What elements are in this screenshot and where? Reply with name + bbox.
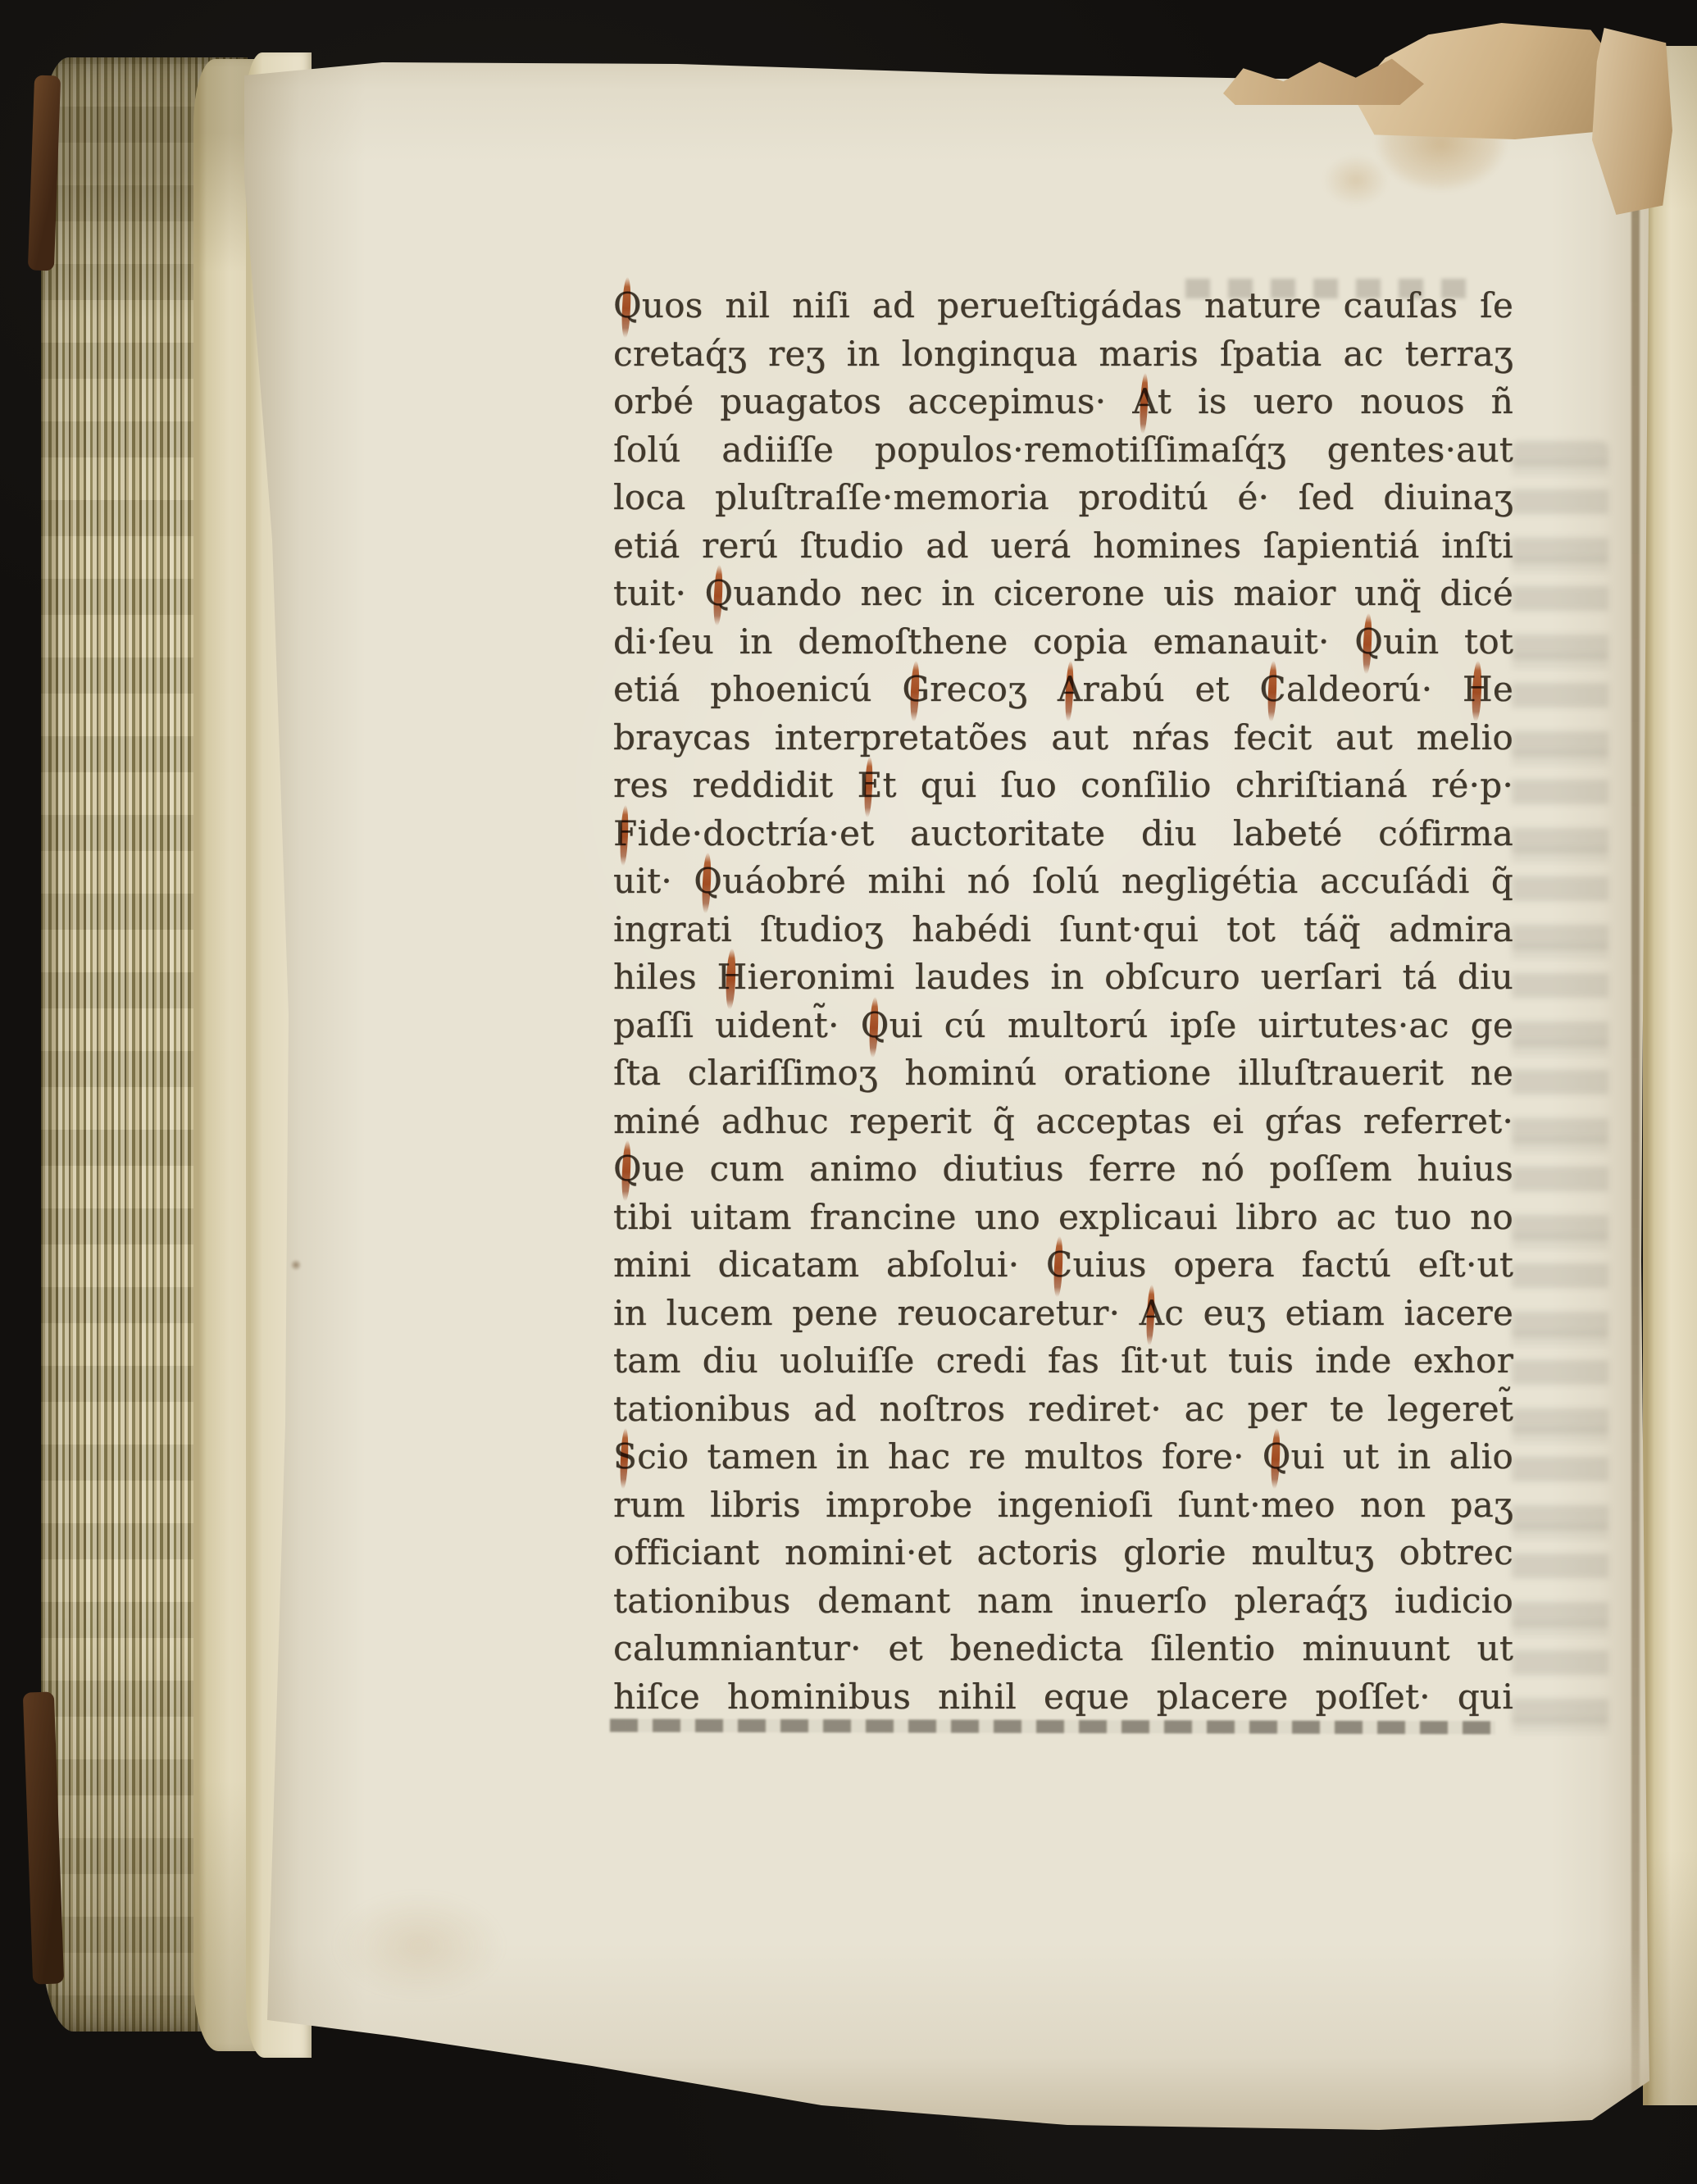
text-line: tibi uitam francine uno explicaui libro … (613, 1194, 1513, 1242)
rubricated-initial: A (1140, 1290, 1165, 1338)
text-line: uit· Quáobré mihi nó ſolú negligétia acc… (613, 858, 1513, 906)
torn-paper-strip (1223, 52, 1424, 105)
rubricated-initial: Q (704, 570, 733, 618)
stain-top-right-small (1323, 154, 1389, 207)
text-line: etiá rerú ſtudio ad uerá homines ſapient… (613, 522, 1513, 571)
rubricated-initial: C (1259, 666, 1285, 714)
book-photograph: Quos nil niſi ad perueſtigádas nature ca… (0, 0, 1697, 2184)
text-line: braycas interpretatões aut nŕas fecit au… (613, 714, 1513, 762)
rubricated-initial: Q (613, 1145, 642, 1194)
text-line: Scio tamen in hac re multos fore· Qui ut… (613, 1433, 1513, 1481)
text-line: ingrati ſtudioʒ habédi ſunt·qui tot táq̈… (613, 906, 1513, 954)
text-line: etiá phoenicú Grecoʒ Arabú et Caldeorú· … (613, 666, 1513, 714)
text-line: cretaq́ʒ reʒ in longinqua maris ſpatia a… (613, 330, 1513, 379)
adjacent-page-right-edge (1643, 46, 1697, 2105)
rubricated-initial: Q (694, 858, 722, 906)
text-line: in lucem pene reuocaretur· Ac euʒ etiam … (613, 1290, 1513, 1338)
text-line: Quos nil niſi ad perueſtigádas nature ca… (613, 282, 1513, 330)
rubricated-initial: Q (1263, 1433, 1291, 1481)
text-line: paſſi uident̃· Qui cú multorú ipſe uirtu… (613, 1002, 1513, 1050)
text-line: loca pluſtraſſe·memoria proditú é· ſed d… (613, 474, 1513, 522)
rubricated-initial: G (902, 666, 930, 714)
ink-speck (290, 1259, 302, 1271)
rubricated-initial: A (1132, 378, 1158, 426)
text-line: hiles Hieronimi laudes in obſcuro uerſar… (613, 953, 1513, 1002)
rubricated-initial: Q (613, 282, 642, 330)
text-line: Que cum animo diutius ferre nó poſſem hu… (613, 1145, 1513, 1194)
text-line: miné adhuc reperit q̃ acceptas ei gŕas r… (613, 1098, 1513, 1146)
text-line: tuit· Quando nec in cicerone uis maior u… (613, 570, 1513, 618)
text-line: res reddidit Et qui ſuo conſilio chriſti… (613, 762, 1513, 810)
text-line: Fide·doctría·et auctoritate diu labeté c… (613, 810, 1513, 858)
rubricated-initial: H (1463, 666, 1493, 714)
rubricated-initial: A (1058, 666, 1083, 714)
text-line: officiant nomini·et actoris glorie multu… (613, 1529, 1513, 1577)
page-leaf: Quos nil niſi ad perueſtigádas nature ca… (243, 31, 1649, 2132)
rubricated-initial: E (857, 762, 882, 810)
text-line: tam diu uoluiſſe credi fas ſit·ut tuis i… (613, 1337, 1513, 1385)
rubricated-initial: F (613, 810, 637, 858)
text-line: calumniantur· et benedicta ſilentio minu… (613, 1625, 1513, 1673)
show-through-below-text (610, 1719, 1495, 1735)
text-line: rum libris improbe ingenioſi ſunt·meo no… (613, 1481, 1513, 1530)
rubricated-initial: Q (1354, 618, 1383, 667)
rubricated-initial: H (717, 953, 748, 1002)
text-line: di·ſeu in demoſthene copia emanauit· Qui… (613, 618, 1513, 667)
page-right-crease (1631, 52, 1640, 2110)
rubricated-initial: S (613, 1433, 637, 1481)
text-line: ſolú adiiſſe populos·remotiſſimaſq́ʒ gen… (613, 426, 1513, 475)
show-through-right-margin (1512, 441, 1608, 1745)
text-line: orbé puagatos accepimus· At is uero nouo… (613, 378, 1513, 426)
text-line: tationibus demant nam inuerſo pleraq́ʒ i… (613, 1577, 1513, 1626)
rubricated-initial: Q (861, 1002, 889, 1050)
text-line: hiſce hominibus nihil eque placere poſſe… (613, 1673, 1513, 1722)
text-line: ſta clariſſimoʒ hominú oratione illuſtra… (613, 1049, 1513, 1098)
text-line: tationibus ad noſtros rediret· ac per te… (613, 1385, 1513, 1434)
text-block: Quos nil niſi ad perueſtigádas nature ca… (613, 282, 1513, 1721)
foxing-bottom-left (333, 1892, 505, 1999)
text-line: mini dicatam abſolui· Cuius opera factú … (613, 1241, 1513, 1290)
rubricated-initial: C (1046, 1241, 1072, 1290)
